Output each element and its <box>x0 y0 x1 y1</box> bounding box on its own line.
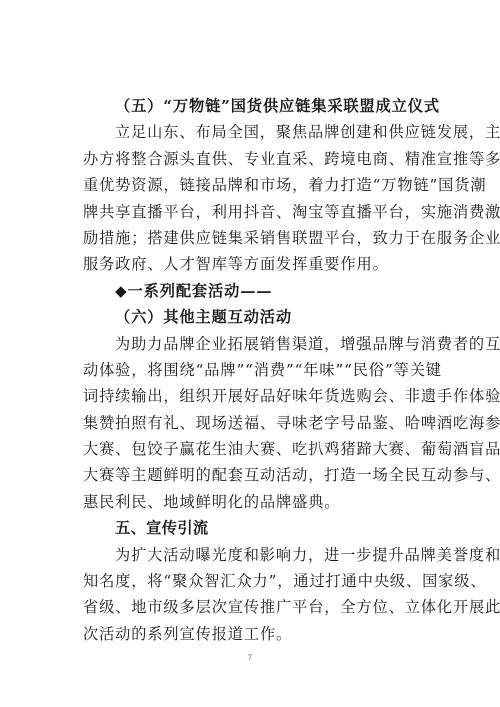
paragraph-line: 牌共享直播平台，利用抖音、淘宝等直播平台，实施消费激 <box>83 199 421 225</box>
paragraph-line: 大赛等主题鲜明的配套互动活动，打造一场全民互动参与、 <box>83 462 421 488</box>
page-number: 7 <box>0 653 500 662</box>
chapter-5-title: 五、宣传引流 <box>83 515 421 541</box>
section-5-title: （五）“万物链”国货供应链集采联盟成立仪式 <box>83 93 421 119</box>
paragraph-line: 词持续输出，组织开展好品好味年货选购会、非遗手作体验、 <box>83 383 421 409</box>
page-content: （五）“万物链”国货供应链集采联盟成立仪式 立足山东、布局全国，聚焦品牌创建和供… <box>83 93 421 647</box>
series-heading: ◆一系列配套活动—— <box>83 278 421 304</box>
paragraph-line: 集赞拍照有礼、现场送福、寻味老字号品鉴、哈啤酒吃海参 <box>83 410 421 436</box>
paragraph-line: 为扩大活动曝光度和影响力，进一步提升品牌美誉度和 <box>83 542 421 568</box>
paragraph-line: 惠民利民、地域鲜明化的品牌盛典。 <box>83 489 421 515</box>
paragraph-line: 省级、地市级多层次宣传推广平台，全方位、立体化开展此 <box>83 594 421 620</box>
section-6-title: （六）其他主题互动活动 <box>83 304 421 330</box>
paragraph-line: 办方将整合源头直供、专业直采、跨境电商、精准宣推等多 <box>83 146 421 172</box>
paragraph-line: 励措施；搭建供应链集采销售联盟平台，致力于在服务企业、 <box>83 225 421 251</box>
paragraph-line: 重优势资源，链接品牌和市场，着力打造“万物链”国货潮 <box>83 172 421 198</box>
paragraph-line: 为助力品牌企业拓展销售渠道，增强品牌与消费者的互 <box>83 331 421 357</box>
paragraph-line: 大赛、包饺子赢花生油大赛、吃扒鸡猪蹄大赛、葡萄酒盲品 <box>83 436 421 462</box>
paragraph-line: 次活动的系列宣传报道工作。 <box>83 621 421 647</box>
document-page: （五）“万物链”国货供应链集采联盟成立仪式 立足山东、布局全国，聚焦品牌创建和供… <box>0 0 500 707</box>
paragraph-line: 动体验，将围绕“品牌”“消费”“年味”“民俗”等关键 <box>83 357 421 383</box>
paragraph-line: 知名度，将“聚众智汇众力”，通过打通中央级、国家级、 <box>83 568 421 594</box>
paragraph-line: 立足山东、布局全国，聚焦品牌创建和供应链发展，主 <box>83 119 421 145</box>
paragraph-line: 服务政府、人才智库等方面发挥重要作用。 <box>83 251 421 277</box>
